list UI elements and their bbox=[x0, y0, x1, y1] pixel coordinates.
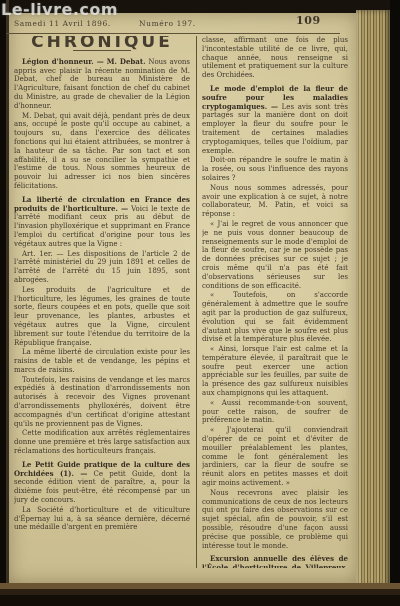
page-body: CHRONIQUE Légion d'honneur. — M. Debat. … bbox=[14, 36, 348, 568]
article-heading: Excursion annuelle des élèves de l'École… bbox=[202, 554, 348, 568]
article-lead-paragraph: Le Petit Guide pratique de la culture de… bbox=[14, 461, 190, 505]
article-lead-paragraph: Le mode d'emploi de la fleur de soufre p… bbox=[202, 85, 348, 155]
column-divider bbox=[196, 36, 197, 568]
paragraph: La Société d'horticulture et de viticult… bbox=[14, 506, 190, 532]
watermark: Le-livre.com bbox=[1, 0, 118, 19]
right-column: classe, affirmant une fois de plus l'inc… bbox=[202, 36, 348, 568]
left-column: CHRONIQUE Légion d'honneur. — M. Debat. … bbox=[14, 36, 190, 568]
scan-edge-bottom bbox=[0, 583, 400, 606]
page-number: 109 bbox=[296, 14, 321, 27]
header-rule bbox=[6, 33, 340, 34]
paragraph: Les produits de l'agriculture et de l'ho… bbox=[14, 286, 190, 348]
scan-edge-left bbox=[0, 0, 9, 606]
scan-edge-right bbox=[390, 0, 400, 606]
paragraph: Doit-on répandre le soufre le matin à la… bbox=[202, 156, 348, 182]
article-heading: Légion d'honneur. — M. Debat. bbox=[22, 57, 146, 66]
article-lead-paragraph: La liberté de circulation en France des … bbox=[14, 196, 190, 249]
paragraph: Toutefois, les raisins de vendange et le… bbox=[14, 376, 190, 429]
book-page-edges bbox=[356, 10, 392, 588]
article-lead-paragraph: Légion d'honneur. — M. Debat. Nous avons… bbox=[14, 58, 190, 111]
paragraph: Nous recevrons avec plaisir les communic… bbox=[202, 489, 348, 551]
paragraph: Nous nous sommes adressés, pour avoir un… bbox=[202, 184, 348, 219]
paragraph: Cette modification aux arrêtés réglement… bbox=[14, 429, 190, 455]
continuation-paragraph: classe, affirmant une fois de plus l'inc… bbox=[202, 36, 348, 80]
paragraph: La même liberté de circulation existe po… bbox=[14, 348, 190, 374]
paragraph: « J'ai le regret de vous annoncer que je… bbox=[202, 220, 348, 290]
paragraph: Art. 1er. — Les dispositions de l'articl… bbox=[14, 250, 190, 285]
paragraph: « Aussi recommande-t-on souvent, pour ce… bbox=[202, 399, 348, 425]
paragraph: « Toutefois, on s'accorde généralement à… bbox=[202, 291, 348, 344]
header-date: Samedi 11 Avril 1896. bbox=[14, 19, 111, 28]
section-title: CHRONIQUE bbox=[14, 38, 190, 47]
header-issue-number: Numéro 197. bbox=[139, 19, 196, 28]
paragraph: « Ainsi, lorsque l'air est calme et la t… bbox=[202, 345, 348, 398]
paragraph: M. Debat, qui avait déjà, pendant près d… bbox=[14, 112, 190, 191]
article-lead-paragraph: Excursion annuelle des élèves de l'École… bbox=[202, 555, 348, 568]
paragraph: « J'ajouterai qu'il conviendrait d'opére… bbox=[202, 426, 348, 488]
